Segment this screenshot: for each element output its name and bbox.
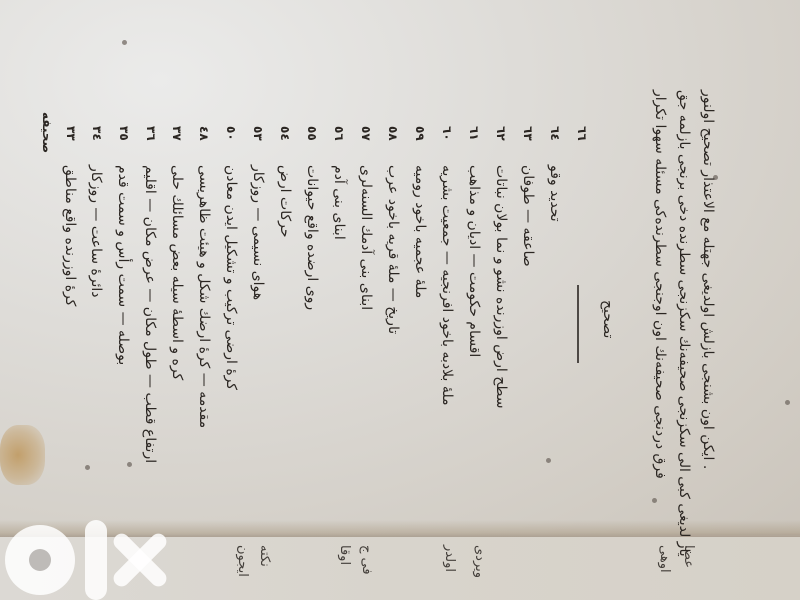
ink-speck [127,462,132,467]
facing-page-text: ويردى [465,545,487,578]
watermark-letter-o [5,525,75,595]
page-number: ٥٣ [247,118,269,148]
errata-line: فرق دردنجى صحيفه‌نك اون اوجنجى سطرنده‌كى… [648,90,672,479]
toc-entry: سطح ارض اوزرنده نشو و نما بولان نباتات [489,165,513,409]
toc-entry: صاعقه — طوفان [516,165,540,267]
page-number: ٣٤ [86,118,108,148]
facing-page-text: اوهى [650,545,672,573]
ink-speck [122,40,127,45]
page-number: ٥٦ [328,118,350,148]
facing-page-text: اولدر [435,545,457,572]
errata-line: ياز لديغى كبى الى سكزنجى صحيفه‌نك سكزنجى… [672,90,696,557]
page-number: ٣٧ [166,118,188,148]
page-number: ٦٣ [517,118,539,148]
toc-entry: كرهٔ اوزرنده واقع مناطق [58,165,82,306]
page-number: ٥٠ [220,118,242,148]
page-number: ٤٨ [193,118,215,148]
toc-entry: مقدمه — كرهٔ ارضك شكل و هيئت ظاهريسى [192,165,216,428]
toc-entry: تحديد وقو [543,165,567,222]
toc-entry: دائرهٔ ساعت — روزكار [84,165,108,298]
ink-speck [85,465,90,470]
toc-entry: ابناى بنى آدم [327,165,351,240]
toc-entry: تاريخ — ملهٔ قريه باخود عرب [381,165,405,334]
watermark-letter-l [85,520,107,600]
toc-entry: اقسام حكومت — اديان و مذاهب [462,165,486,357]
ink-speck [652,498,657,503]
page-number: ٣٥ [113,118,135,148]
section-divider [577,285,579,363]
page-number: ٥٤ [274,118,296,148]
toc-entry: روى ارضده واقع حيوانات [300,165,324,310]
page-number: ٣٦ [140,118,162,148]
page-number: ٦٠ [436,118,458,148]
facing-page-text: ايجون [228,545,250,577]
facing-page-text: اوقا [330,545,352,565]
errata-title: تصحيح [592,300,616,338]
olx-watermark [5,520,155,600]
toc-entry: بوصله — سمت رأس و سمت قدم [111,165,135,365]
page-number: ٥٨ [382,118,404,148]
facing-page-text: نكته [250,545,272,567]
toc-entry: ملهٔ عجميه باخود روميه [408,165,432,298]
toc-entry: ارتفاع قطب — طول مكان — عرض مكان — اقليم [138,165,162,463]
ink-speck [546,458,551,463]
book-page-photo: صحيفه ٣٣ ٣٤ ٣٥ ٣٦ ٣٧ ٤٨ ٥٠ ٥٣ ٥٤ ٥٥ ٥٦ ٥… [0,0,800,600]
page-number: ٦٢ [490,118,512,148]
page-column-label: صحيفه [36,118,58,148]
toc-entry: ابناى بنى آدمك السنه‌لرى [354,165,378,310]
page-number: ٦٤ [544,118,566,148]
page-number: ٥٥ [301,118,323,148]
toc-entry: هواى نسيمى — روزكار [246,165,270,300]
page-number: ٣٣ [60,118,82,148]
page-number: ٥٩ [409,118,431,148]
toc-entry: كرهٔ ارضى تركيب و تشكيل ايدن معادن [219,165,243,390]
watermark-letter-x [110,530,170,590]
page-number: ٦١ [463,118,485,148]
water-stain [0,425,45,485]
errata-line: ايكن اون بشنجى بازلش اولديغى جهتله مع ال… [696,90,720,469]
ink-speck [785,400,790,405]
toc-entry: كره و اسطهٔ سيله بعض مسائلك حلى [165,165,189,380]
page-number: ٥٧ [355,118,377,148]
toc-entry: حركات ارض [273,165,297,238]
toc-entry: ملهٔ بلادبه باخود افرنجيه — جمعيت بشريه [435,165,459,405]
facing-page-text: فى ج [352,545,374,575]
page-number: ٦٦ [571,118,593,148]
facing-page-text: عضا [674,545,696,568]
